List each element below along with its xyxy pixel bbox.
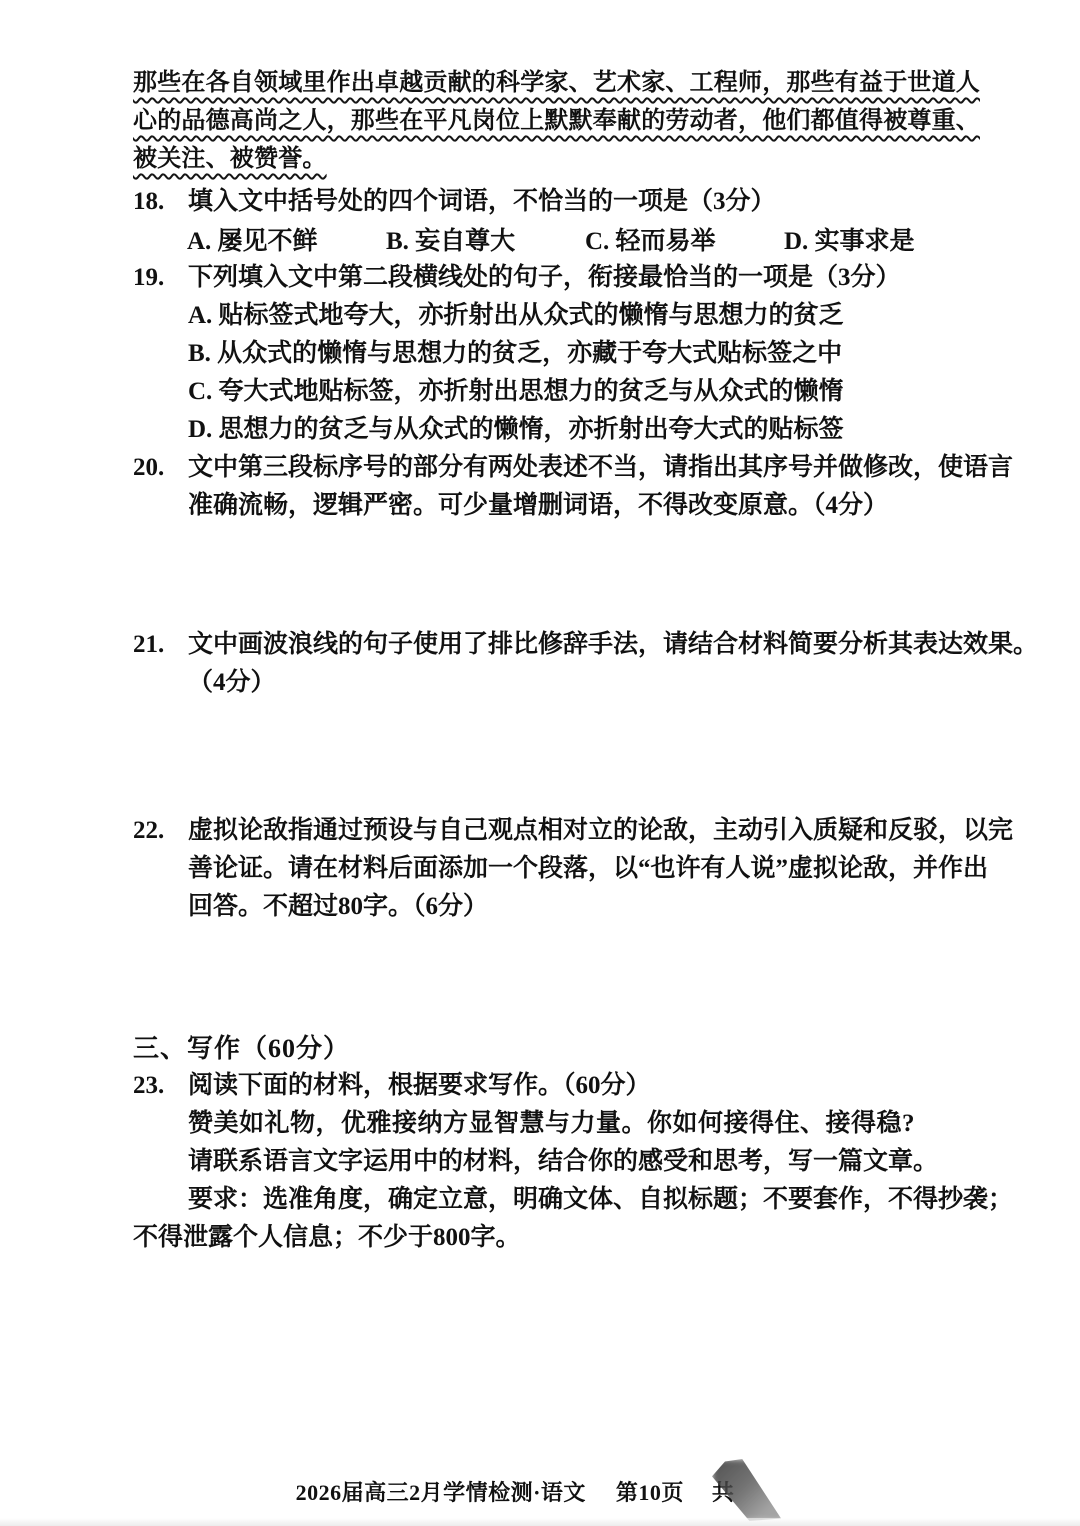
question-23: 23. 阅读下面的材料，根据要求写作。（60分） (133, 1067, 1033, 1105)
question-21: 21. 文中画波浪线的句子使用了排比修辞手法，请结合材料简要分析其表达效果。 （… (133, 626, 1033, 702)
passage-line: 心的品德高尚之人，那些在平凡岗位上默默奉献的劳动者，他们都值得被尊重、 (133, 102, 978, 140)
footer-title: 2026届高三2月学情检测·语文 (296, 1480, 586, 1505)
passage-line-text: 被关注、被赞誉。 (133, 146, 327, 172)
question-19-options: A. 贴标签式地夸大，亦折射出从众式的懒惰与思想力的贫乏 B. 从众式的懒惰与思… (133, 297, 1033, 449)
question-number: 21. (133, 626, 164, 664)
passage-line-text: 心的品德高尚之人，那些在平凡岗位上默默奉献的劳动者，他们都值得被尊重、 (133, 108, 980, 134)
option-a: A. 贴标签式地夸大，亦折射出从众式的懒惰与思想力的贫乏 (188, 297, 1033, 335)
question-stem-line: （4分） (188, 664, 1033, 702)
question-18-options: A. 屡见不鲜 B. 妄自尊大 C. 轻而易举 D. 实事求是 (133, 221, 1033, 259)
quoted-passage: 那些在各自领域里作出卓越贡献的科学家、艺术家、工程师，那些有益于世道人 心的品德… (133, 64, 978, 178)
question-number: 19. (133, 259, 164, 297)
question-stem: 下列填入文中第二段横线处的句子，衔接最恰当的一项是（3分） (188, 259, 1033, 297)
question-stem: 填入文中括号处的四个词语，不恰当的一项是（3分） (188, 183, 1033, 221)
bottom-edge-shadow (0, 1518, 1080, 1526)
question-19: 19. 下列填入文中第二段横线处的句子，衔接最恰当的一项是（3分） (133, 259, 1033, 297)
question-stem-line: 善论证。请在材料后面添加一个段落，以“也许有人说”虚拟论敌，并作出 (188, 850, 1033, 888)
footer-page-number: 第10页 (616, 1480, 684, 1505)
question-number: 18. (133, 183, 164, 221)
option-c: C. 轻而易举 (585, 221, 716, 257)
question-20: 20. 文中第三段标序号的部分有两处表述不当，请指出其序号并做修改，使语言 准确… (133, 449, 1033, 525)
passage-line: 被关注、被赞誉。 (133, 140, 978, 178)
question-number: 22. (133, 812, 164, 850)
question-stem-line: 虚拟论敌指通过预设与自己观点相对立的论敌，主动引入质疑和反驳，以完 (188, 812, 1033, 850)
section-heading: 三、写作（60分） (133, 1028, 350, 1065)
question-number: 23. (133, 1067, 164, 1105)
option-b: B. 从众式的懒惰与思想力的贫乏，亦藏于夸大式贴标签之中 (188, 335, 1033, 373)
question-number: 20. (133, 449, 164, 487)
option-a: A. 屡见不鲜 (187, 221, 318, 257)
passage-line: 那些在各自领域里作出卓越贡献的科学家、艺术家、工程师，那些有益于世道人 (133, 64, 978, 102)
option-d: D. 实事求是 (784, 221, 915, 257)
question-stem-line: 文中第三段标序号的部分有两处表述不当，请指出其序号并做修改，使语言 (188, 449, 1033, 487)
passage-line-text: 那些在各自领域里作出卓越贡献的科学家、艺术家、工程师，那些有益于世道人 (133, 70, 980, 96)
requirement-line: 要求：选准角度，确定立意，明确文体、自拟标题；不要套作，不得抄袭； (188, 1181, 1013, 1219)
question-stem: 阅读下面的材料，根据要求写作。（60分） (188, 1067, 1033, 1105)
requirement-line: 不得泄露个人信息；不少于800字。 (133, 1219, 521, 1257)
page-footer: 2026届高三2月学情检测·语文第10页共 (0, 1476, 1055, 1507)
question-18: 18. 填入文中括号处的四个词语，不恰当的一项是（3分） (133, 183, 1033, 221)
question-22: 22. 虚拟论敌指通过预设与自己观点相对立的论敌，主动引入质疑和反驳，以完 善论… (133, 812, 1033, 926)
question-stem-line: 文中画波浪线的句子使用了排比修辞手法，请结合材料简要分析其表达效果。 (188, 626, 1033, 664)
exam-page: 那些在各自领域里作出卓越贡献的科学家、艺术家、工程师，那些有益于世道人 心的品德… (0, 0, 1080, 1526)
material-quote: 赞美如礼物，优雅接纳方显智慧与力量。你如何接得住、接得稳? (188, 1105, 915, 1143)
question-stem-line: 准确流畅，逻辑严密。可少量增删词语，不得改变原意。（4分） (188, 487, 1033, 525)
option-d: D. 思想力的贫乏与从众式的懒惰，亦折射出夸大式的贴标签 (188, 411, 1033, 449)
question-stem-line: 回答。不超过80字。（6分） (188, 888, 1033, 926)
option-c: C. 夸大式地贴标签，亦折射出思想力的贫乏与从众式的懒惰 (188, 373, 1033, 411)
instruction-line: 请联系语言文字运用中的材料，结合你的感受和思考，写一篇文章。 (188, 1143, 938, 1181)
option-b: B. 妄自尊大 (386, 221, 515, 257)
